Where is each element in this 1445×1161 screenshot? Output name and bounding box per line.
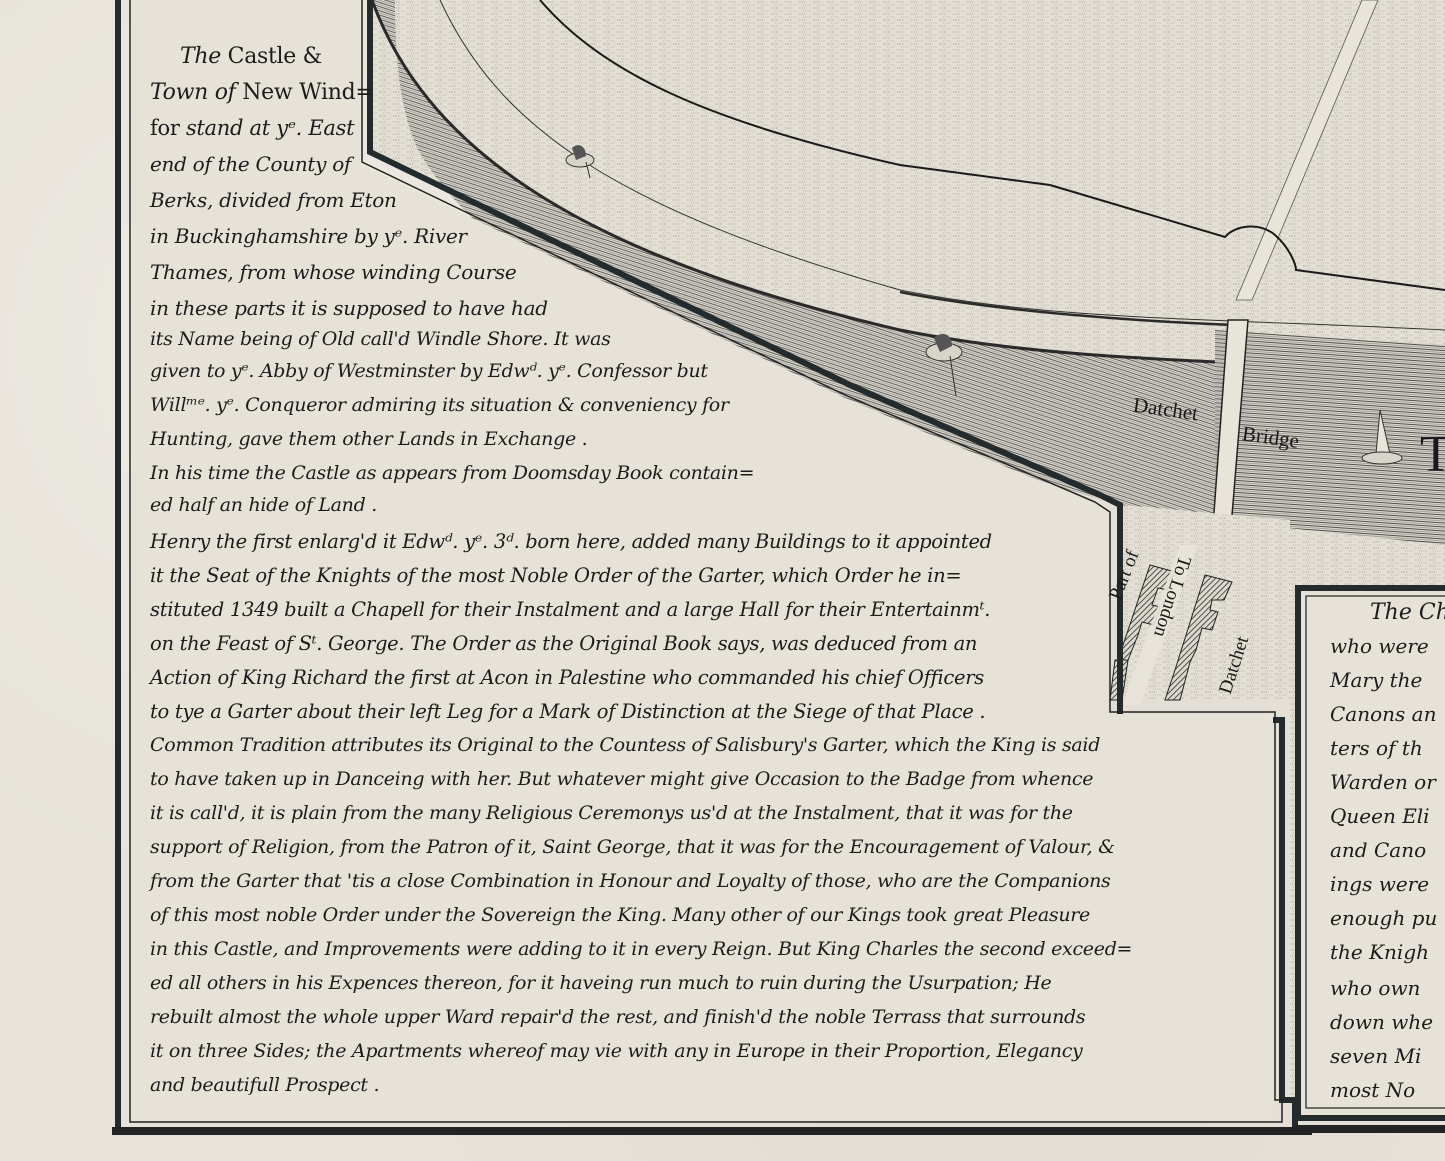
heading-roman: for — [150, 116, 180, 140]
right-cartouche-line: most No — [1330, 1078, 1415, 1102]
wide-line: support of Religion, from the Patron of … — [150, 836, 1115, 858]
right-cartouche-line: seven Mi — [1330, 1044, 1421, 1068]
narrow-line: given to yᵉ. Abby of Westminster by Edwᵈ… — [150, 360, 708, 382]
heading-roman: Castle & — [228, 44, 322, 69]
narrow-line: Berks, divided from Eton — [150, 188, 397, 212]
right-cartouche-line: the Knigh — [1330, 940, 1429, 964]
map-label-thames-initial: T — [1420, 425, 1445, 484]
narrow-line: in Buckinghamshire by yᵉ. River — [150, 224, 467, 248]
right-cartouche-line: who were — [1330, 634, 1429, 658]
right-cartouche-line: and Cano — [1330, 838, 1426, 862]
narrow-line: In his time the Castle as appears from D… — [150, 462, 754, 484]
heading-italic: The — [180, 44, 228, 69]
wide-line: and beautifull Prospect . — [150, 1074, 379, 1096]
right-cartouche-line: ings were — [1330, 872, 1429, 896]
middle-line: to tye a Garter about their left Leg for… — [150, 700, 985, 723]
narrow-line: Hunting, gave them other Lands in Exchan… — [150, 428, 587, 450]
wide-line: to have taken up in Danceing with her. B… — [150, 768, 1093, 790]
right-cartouche-line: Canons an — [1330, 702, 1436, 726]
right-cartouche-line: Mary the — [1330, 668, 1422, 692]
right-cartouche-line: Queen Eli — [1330, 804, 1430, 828]
narrow-line: ed half an hide of Land . — [150, 494, 377, 516]
wide-line: it on three Sides; the Apartments whereo… — [150, 1040, 1082, 1062]
middle-line: Henry the first enlarg'd it Edwᵈ. yᵉ. 3ᵈ… — [150, 530, 992, 553]
narrow-line: end of the County of — [150, 152, 351, 176]
narrow-line: in these parts it is supposed to have ha… — [150, 296, 548, 320]
wide-line: rebuilt almost the whole upper Ward repa… — [150, 1006, 1085, 1028]
wide-line: Common Tradition attributes its Original… — [150, 734, 1100, 756]
cartouche-heading-line-3: for stand at yᵉ. East — [150, 116, 354, 140]
middle-line: it the Seat of the Knights of the most N… — [150, 564, 961, 587]
right-cartouche-line: down whe — [1330, 1010, 1433, 1034]
wide-line: it is call'd, it is plain from the many … — [150, 802, 1073, 824]
right-cartouche: The Ch who were Mary the Canons an ters … — [1310, 600, 1445, 1110]
right-cartouche-line: who own — [1330, 976, 1420, 1000]
heading-italic: stand at yᵉ. East — [180, 116, 355, 140]
right-cartouche-line: ters of th — [1330, 736, 1423, 760]
heading-italic: Town of — [150, 80, 242, 105]
right-cartouche-line: enough pu — [1330, 906, 1437, 930]
cartouche-heading-line-2: Town of New Wind= — [150, 80, 374, 105]
narrow-line: its Name being of Old call'd Windle Shor… — [150, 328, 611, 350]
middle-line: stituted 1349 built a Chapell for their … — [150, 598, 990, 621]
right-cartouche-line: Warden or — [1330, 770, 1436, 794]
heading-roman: New Wind= — [242, 80, 373, 105]
wide-line: from the Garter that 'tis a close Combin… — [150, 870, 1110, 892]
middle-line: on the Feast of Sᵗ. George. The Order as… — [150, 632, 977, 655]
wide-line: ed all others in his Expences thereon, f… — [150, 972, 1051, 994]
wide-line: of this most noble Order under the Sover… — [150, 904, 1090, 926]
wide-line: in this Castle, and Improvements were ad… — [150, 938, 1132, 960]
right-cartouche-line: The Ch — [1370, 600, 1445, 625]
middle-line: Action of King Richard the first at Acon… — [150, 666, 984, 689]
narrow-line: Willᵐᵉ. yᵉ. Conqueror admiring its situa… — [150, 394, 729, 416]
cartouche-heading-line-1: The Castle & — [180, 44, 322, 69]
narrow-line: Thames, from whose winding Course — [150, 260, 516, 284]
